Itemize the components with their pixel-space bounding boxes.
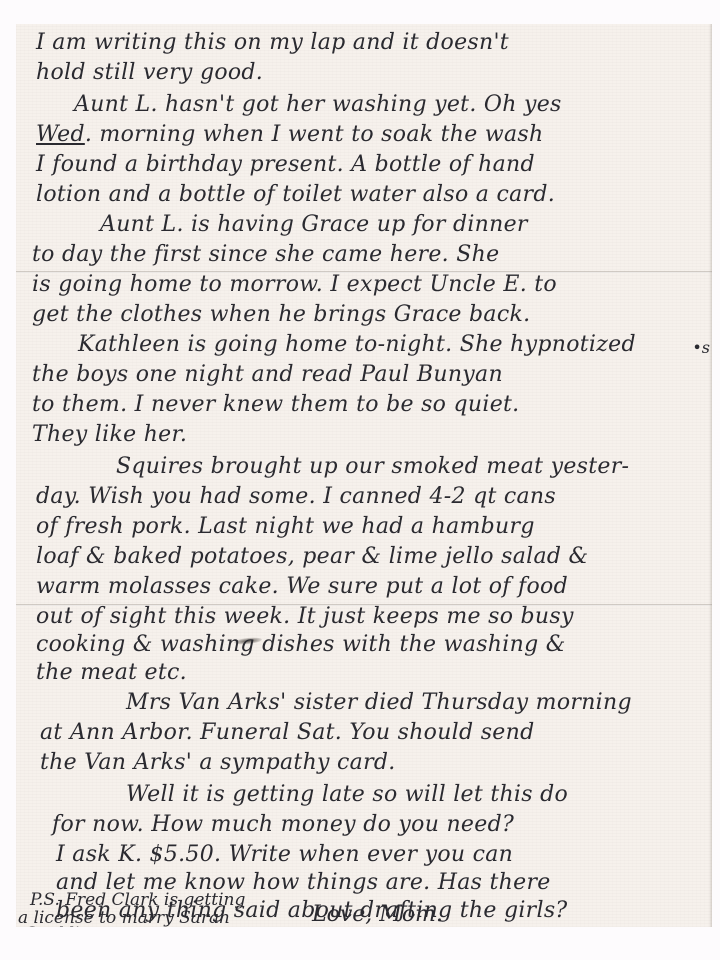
letter-line: Kathleen is going home to-night. She hyp… bbox=[78, 334, 636, 356]
letter-line: Wed. morning when I went to soak the was… bbox=[36, 124, 544, 146]
underlined-word: Wed bbox=[36, 122, 85, 147]
letter-page: I am writing this on my lap and it doesn… bbox=[16, 24, 712, 927]
letter-line: day. Wish you had some. I canned 4-2 qt … bbox=[36, 486, 556, 508]
letter-line: I found a birthday present. A bottle of … bbox=[36, 154, 535, 176]
letter-line: the Van Arks' a sympathy card. bbox=[40, 752, 396, 774]
letter-line: Aunt L. is having Grace up for dinner bbox=[100, 214, 528, 236]
letter-line: get the clothes when he brings Grace bac… bbox=[32, 304, 530, 326]
letter-line: the boys one night and read Paul Bunyan bbox=[32, 364, 503, 386]
letter-line: out of sight this week. It just keeps me… bbox=[36, 606, 574, 628]
postscript-line: P.S. Fred Clark is getting bbox=[30, 892, 245, 909]
letter-line: loaf & baked potatoes, pear & lime jello… bbox=[36, 546, 588, 568]
letter-line: lotion and a bottle of toilet water also… bbox=[36, 184, 555, 206]
letter-line: Mrs Van Arks' sister died Thursday morni… bbox=[126, 692, 632, 714]
letter-line: Squires brought up our smoked meat yeste… bbox=[116, 456, 629, 478]
letter-line-rest: . morning when I went to soak the wash bbox=[85, 122, 544, 147]
letter-line: is going home to morrow. I expect Uncle … bbox=[32, 274, 557, 296]
letter-line: Aunt L. hasn't got her washing yet. Oh y… bbox=[74, 94, 562, 116]
postscript-line: Conklin. bbox=[24, 926, 96, 927]
letter-line: to day the first since she came here. Sh… bbox=[32, 244, 499, 266]
letter-line: They like her. bbox=[32, 424, 187, 446]
letter-line: the meat etc. bbox=[36, 662, 187, 684]
margin-note: •s bbox=[692, 338, 710, 357]
letter-line: Well it is getting late so will let this… bbox=[126, 784, 568, 806]
letter-line: of fresh pork. Last night we had a hambu… bbox=[36, 516, 535, 538]
letter-line: cooking & washing dishes with the washin… bbox=[36, 634, 566, 656]
letter-line: for now. How much money do you need? bbox=[52, 814, 514, 836]
letter-line: hold still very good. bbox=[36, 62, 263, 84]
letter-line: to them. I never knew them to be so quie… bbox=[32, 394, 519, 416]
closing-signature: Love, Mom. bbox=[312, 902, 443, 927]
paper-edge bbox=[709, 24, 712, 927]
letter-line: warm molasses cake. We sure put a lot of… bbox=[36, 576, 568, 598]
letter-line: at Ann Arbor. Funeral Sat. You should se… bbox=[40, 722, 534, 744]
letter-line: I am writing this on my lap and it doesn… bbox=[36, 32, 509, 54]
letter-line: I ask K. $5.50. Write when ever you can bbox=[56, 844, 513, 866]
